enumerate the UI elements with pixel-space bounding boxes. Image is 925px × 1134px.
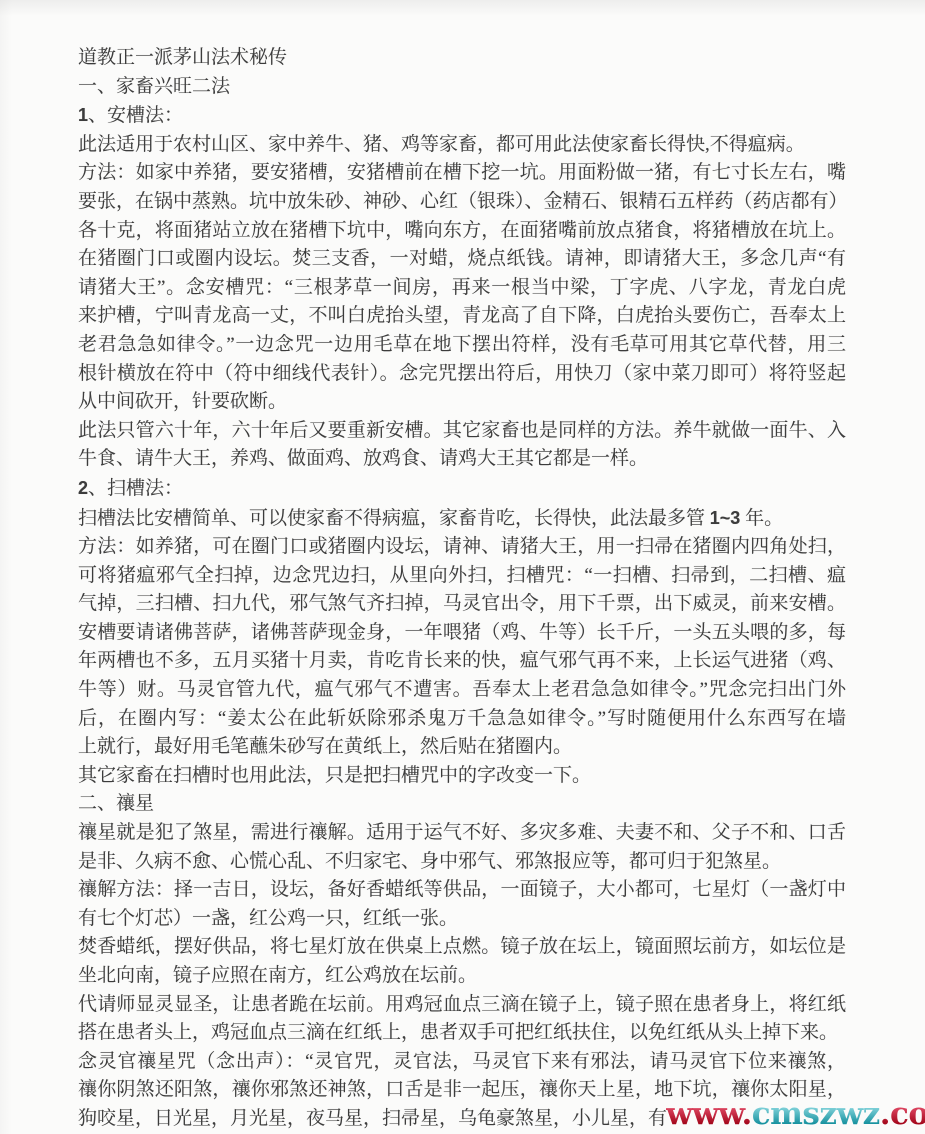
text-line: 扫槽法比安槽简单、可以使家畜不得病瘟，家畜肯吃，长得快，此法最多管 1~3 年。 bbox=[78, 504, 846, 534]
text-segment: 是非、久病不愈、心慌心乱、不归家宅、身中邪气、邪煞报应等，都可归于犯煞星。 bbox=[78, 851, 781, 872]
bold-text-segment: 1~3 bbox=[710, 508, 741, 528]
text-segment: 代请师显灵显圣，让患者跪在坛前。用鸡冠血点三滴在镜子上，镜子照在患者身上，将红纸 bbox=[78, 994, 846, 1015]
rangxing-ritual: 代请师显灵显圣，让患者跪在坛前。用鸡冠血点三滴在镜子上，镜子照在患者身上，将红纸… bbox=[78, 991, 846, 1048]
method-1-note: 此法只管六十年，六十年后又要重新安槽。其它家畜也是同样的方法。养牛就做一面牛、入… bbox=[78, 417, 846, 474]
watermark-domain: cmszwz bbox=[752, 1096, 880, 1132]
text-line: 请猪大王”。念安槽咒：“三根茅草一间房，再来一根当中梁，丁字虎、八字龙，青龙白虎 bbox=[78, 274, 846, 303]
method-2-steps: 方法：如养猪，可在圈门口或猪圈内设坛，请神、请猪大王，用一扫帚在猪圈内四角处扫，… bbox=[78, 533, 846, 762]
text-line: 2、扫槽法： bbox=[78, 474, 846, 504]
text-segment: 扫槽法比安槽简单、可以使家畜不得病瘟，家畜肯吃，长得快，此法最多管 bbox=[78, 508, 710, 529]
text-line: 一、家畜兴旺二法 bbox=[78, 73, 846, 102]
text-segment: 老君急急如律令。”一边念咒一边用毛草在地下摆出符样，没有毛草可用其它草代替，用三 bbox=[78, 334, 846, 355]
text-line: 1、安槽法： bbox=[78, 101, 846, 131]
text-line: 从中间砍开，针要砍断。 bbox=[78, 388, 846, 417]
text-line: 二、禳星 bbox=[78, 790, 846, 819]
text-segment: 念灵官禳星咒（念出声）：“灵官咒，灵官法，马灵官下来有邪法，请马灵官下位来禳煞， bbox=[78, 1051, 846, 1072]
text-segment: 要张，在锅中蒸熟。坑中放朱砂、神砂、心红（银珠）、金精石、银精石五样药（药店都有… bbox=[78, 191, 848, 212]
text-line: 后，在圈内写：“姜太公在此斩妖除邪杀鬼万千急急如律令。”写时随便用什么东西写在墙 bbox=[78, 705, 846, 734]
text-line: 牛等）财。马灵官管九代，瘟气邪气不遭害。吾奉太上老君急急如律令。”咒念完扫出门外 bbox=[78, 676, 846, 705]
text-line: 在猪圈门口或圈内设坛。焚三支香，一对蜡，烧点纸钱。请神，即请猪大王，多念几声“有 bbox=[78, 245, 846, 274]
text-line: 安槽要请诸佛菩萨，诸佛菩萨现金身，一年喂猪（鸡、牛等）长千斤，一头五头喂的多，每 bbox=[78, 619, 846, 648]
site-watermark: www.cmszwz.com bbox=[666, 1099, 925, 1130]
text-segment: 年。 bbox=[740, 508, 783, 529]
text-line: 上就行，最好用毛笔蘸朱砂写在黄纸上，然后贴在猪圈内。 bbox=[78, 733, 846, 762]
text-line: 年两槽也不多，五月买猪十月卖，肯吃肯长来的快，瘟气邪气再不来，上长运气进猪（鸡、 bbox=[78, 647, 846, 676]
text-line: 是非、久病不愈、心慌心乱、不归家宅、身中邪气、邪煞报应等，都可归于犯煞星。 bbox=[78, 848, 846, 877]
section-2-heading: 二、禳星 bbox=[78, 790, 846, 819]
text-line: 方法：如养猪，可在圈门口或猪圈内设坛，请神、请猪大王，用一扫帚在猪圈内四角处扫， bbox=[78, 533, 846, 562]
text-line: 禳星就是犯了煞星，需进行禳解。适用于运气不好、多灾多难、夫妻不和、父子不和、口舌 bbox=[78, 819, 846, 848]
text-line: 禳解方法：择一吉日，设坛，备好香蜡纸等供品，一面镜子，大小都可，七星灯（一盏灯中 bbox=[78, 876, 846, 905]
text-segment: 二、禳星 bbox=[78, 793, 154, 814]
text-segment: 从中间砍开，针要砍断。 bbox=[78, 391, 287, 412]
bold-text-segment: 1 bbox=[78, 105, 88, 125]
text-segment: 方法：如养猪，可在圈门口或猪圈内设坛，请神、请猪大王，用一扫帚在猪圈内四角处扫， bbox=[78, 536, 846, 557]
text-segment: 牛等）财。马灵官管九代，瘟气邪气不遭害。吾奉太上老君急急如律令。”咒念完扫出门外 bbox=[78, 679, 846, 700]
text-segment: 狗咬星，日光星，月光星，夜马星，扫帚星，乌龟豪煞星，小儿星，有 bbox=[78, 1108, 667, 1129]
text-line: 要张，在锅中蒸熟。坑中放朱砂、神砂、心红（银珠）、金精石、银精石五样药（药店都有… bbox=[78, 188, 846, 217]
section-1-heading: 一、家畜兴旺二法 bbox=[78, 73, 846, 102]
text-line: 方法：如家中养猪，要安猪槽，安猪槽前在槽下挖一坑。用面粉做一猪，有七寸长左右，嘴 bbox=[78, 159, 846, 188]
text-segment: 上就行，最好用毛笔蘸朱砂写在黄纸上，然后贴在猪圈内。 bbox=[78, 736, 572, 757]
text-segment: 牛食、请牛大王，养鸡、做面鸡、放鸡食、请鸡大王其它都是一样。 bbox=[78, 448, 648, 469]
document-body: 道教正一派茅山法术秘传一、家畜兴旺二法1、安槽法：此法适用于农村山区、家中养牛、… bbox=[78, 44, 846, 1134]
text-segment: 请猪大王”。念安槽咒：“三根茅草一间房，再来一根当中梁，丁字虎、八字龙，青龙白虎 bbox=[78, 277, 846, 298]
method-1-heading: 1、安槽法： bbox=[78, 101, 846, 131]
text-segment: 在猪圈门口或圈内设坛。焚三支香，一对蜡，烧点纸钱。请神，即请猪大王，多念几声“有 bbox=[78, 248, 846, 269]
text-line: 其它家畜在扫槽时也用此法，只是把扫槽咒中的字改变一下。 bbox=[78, 762, 846, 791]
text-segment: 焚香蜡纸，摆好供品，将七星灯放在供桌上点燃。镜子放在坛上，镜面照坛前方，如坛位是 bbox=[78, 936, 846, 957]
text-segment: 气掉，三扫槽、扫九代，邪气煞气齐扫掉，马灵官出令，用下千票，出下威灵，前来安槽。 bbox=[78, 593, 846, 614]
rangxing-method: 禳解方法：择一吉日，设坛，备好香蜡纸等供品，一面镜子，大小都可，七星灯（一盏灯中… bbox=[78, 876, 846, 933]
text-segment: 此法只管六十年，六十年后又要重新安槽。其它家畜也是同样的方法。养牛就做一面牛、入 bbox=[78, 420, 846, 441]
method-2-intro: 扫槽法比安槽简单、可以使家畜不得病瘟，家畜肯吃，长得快，此法最多管 1~3 年。 bbox=[78, 504, 846, 534]
text-line: 有七个灯芯）一盏，红公鸡一只，红纸一张。 bbox=[78, 905, 846, 934]
method-2-note: 其它家畜在扫槽时也用此法，只是把扫槽咒中的字改变一下。 bbox=[78, 762, 846, 791]
text-segment: 后，在圈内写：“姜太公在此斩妖除邪杀鬼万千急急如律令。”写时随便用什么东西写在墙 bbox=[78, 708, 846, 729]
text-line: 搭在患者头上，鸡冠血点三滴在红纸上，患者双手可把红纸扶住，以免红纸从头上掉下来。 bbox=[78, 1019, 846, 1048]
text-segment: 有七个灯芯）一盏，红公鸡一只，红纸一张。 bbox=[78, 908, 458, 929]
text-line: 焚香蜡纸，摆好供品，将七星灯放在供桌上点燃。镜子放在坛上，镜面照坛前方，如坛位是 bbox=[78, 933, 846, 962]
text-segment: 可将猪瘟邪气全扫掉，边念咒边扫，从里向外扫，扫槽咒：“一扫槽、扫帚到，二扫槽、瘟 bbox=[78, 565, 846, 586]
bold-text-segment: 2 bbox=[78, 478, 88, 498]
text-segment: 搭在患者头上，鸡冠血点三滴在红纸上，患者双手可把红纸扶住，以免红纸从头上掉下来。 bbox=[78, 1022, 838, 1043]
text-segment: 、安槽法： bbox=[88, 105, 183, 126]
text-line: 此法适用于农村山区、家中养牛、猪、鸡等家畜，都可用此法使家畜长得快,不得瘟病。 bbox=[78, 131, 846, 160]
text-segment: 各十克，将面猪站立放在猪槽下坑中，嘴向东方，在面猪嘴前放点猪食，将猪槽放在坑上。 bbox=[78, 220, 846, 241]
watermark-tld: .com bbox=[880, 1096, 925, 1132]
text-segment: 禳星就是犯了煞星，需进行禳解。适用于运气不好、多灾多难、夫妻不和、父子不和、口舌 bbox=[78, 822, 846, 843]
text-segment: 年两槽也不多，五月买猪十月卖，肯吃肯长来的快，瘟气邪气再不来，上长运气进猪（鸡、 bbox=[78, 650, 846, 671]
text-line: 来护槽，宁叫青龙高一丈，不叫白虎抬头望，青龙高了自下降，白虎抬头要伤亡，吾奉太上 bbox=[78, 302, 846, 331]
method-1-intro: 此法适用于农村山区、家中养牛、猪、鸡等家畜，都可用此法使家畜长得快,不得瘟病。 bbox=[78, 131, 846, 160]
text-line: 念灵官禳星咒（念出声）：“灵官咒，灵官法，马灵官下来有邪法，请马灵官下位来禳煞， bbox=[78, 1048, 846, 1077]
text-segment: 方法：如家中养猪，要安猪槽，安猪槽前在槽下挖一坑。用面粉做一猪，有七寸长左右，嘴 bbox=[78, 162, 846, 183]
text-segment: 、扫槽法： bbox=[88, 478, 183, 499]
text-line: 代请师显灵显圣，让患者跪在坛前。用鸡冠血点三滴在镜子上，镜子照在患者身上，将红纸 bbox=[78, 991, 846, 1020]
rangxing-intro: 禳星就是犯了煞星，需进行禳解。适用于运气不好、多灾多难、夫妻不和、父子不和、口舌… bbox=[78, 819, 846, 876]
method-2-heading: 2、扫槽法： bbox=[78, 474, 846, 504]
text-segment: 安槽要请诸佛菩萨，诸佛菩萨现金身，一年喂猪（鸡、牛等）长千斤，一头五头喂的多，每 bbox=[78, 622, 846, 643]
text-line: 道教正一派茅山法术秘传 bbox=[78, 44, 846, 73]
text-line: 根针横放在符中（符中细线代表针）。念完咒摆出符后，用快刀（家中菜刀即可）将符竖起 bbox=[78, 360, 846, 389]
text-line: 气掉，三扫槽、扫九代，邪气煞气齐扫掉，马灵官出令，用下千票，出下威灵，前来安槽。 bbox=[78, 590, 846, 619]
text-segment: 道教正一派茅山法术秘传 bbox=[78, 47, 287, 68]
text-segment: 一、家畜兴旺二法 bbox=[78, 76, 230, 97]
text-segment: 坐北向南，镜子应照在南方，红公鸡放在坛前。 bbox=[78, 965, 477, 986]
text-segment: 禳解方法：择一吉日，设坛，备好香蜡纸等供品，一面镜子，大小都可，七星灯（一盏灯中 bbox=[78, 879, 846, 900]
text-line: 此法只管六十年，六十年后又要重新安槽。其它家畜也是同样的方法。养牛就做一面牛、入 bbox=[78, 417, 846, 446]
text-line: 各十克，将面猪站立放在猪槽下坑中，嘴向东方，在面猪嘴前放点猪食，将猪槽放在坑上。 bbox=[78, 217, 846, 246]
method-1-steps: 方法：如家中养猪，要安猪槽，安猪槽前在槽下挖一坑。用面粉做一猪，有七寸长左右，嘴… bbox=[78, 159, 846, 416]
document-title: 道教正一派茅山法术秘传 bbox=[78, 44, 846, 73]
text-segment: 其它家畜在扫槽时也用此法，只是把扫槽咒中的字改变一下。 bbox=[78, 765, 591, 786]
watermark-prefix: www. bbox=[666, 1096, 752, 1132]
text-line: 老君急急如律令。”一边念咒一边用毛草在地下摆出符样，没有毛草可用其它草代替，用三 bbox=[78, 331, 846, 360]
rangxing-setup: 焚香蜡纸，摆好供品，将七星灯放在供桌上点燃。镜子放在坛上，镜面照坛前方，如坛位是… bbox=[78, 933, 846, 990]
text-segment: 来护槽，宁叫青龙高一丈，不叫白虎抬头望，青龙高了自下降，白虎抬头要伤亡，吾奉太上 bbox=[78, 305, 846, 326]
text-line: 牛食、请牛大王，养鸡、做面鸡、放鸡食、请鸡大王其它都是一样。 bbox=[78, 445, 846, 474]
text-line: 坐北向南，镜子应照在南方，红公鸡放在坛前。 bbox=[78, 962, 846, 991]
text-segment: 根针横放在符中（符中细线代表针）。念完咒摆出符后，用快刀（家中菜刀即可）将符竖起 bbox=[78, 363, 846, 384]
text-line: 可将猪瘟邪气全扫掉，边念咒边扫，从里向外扫，扫槽咒：“一扫槽、扫帚到，二扫槽、瘟 bbox=[78, 562, 846, 591]
text-segment: 此法适用于农村山区、家中养牛、猪、鸡等家畜，都可用此法使家畜长得快,不得瘟病。 bbox=[78, 134, 805, 155]
